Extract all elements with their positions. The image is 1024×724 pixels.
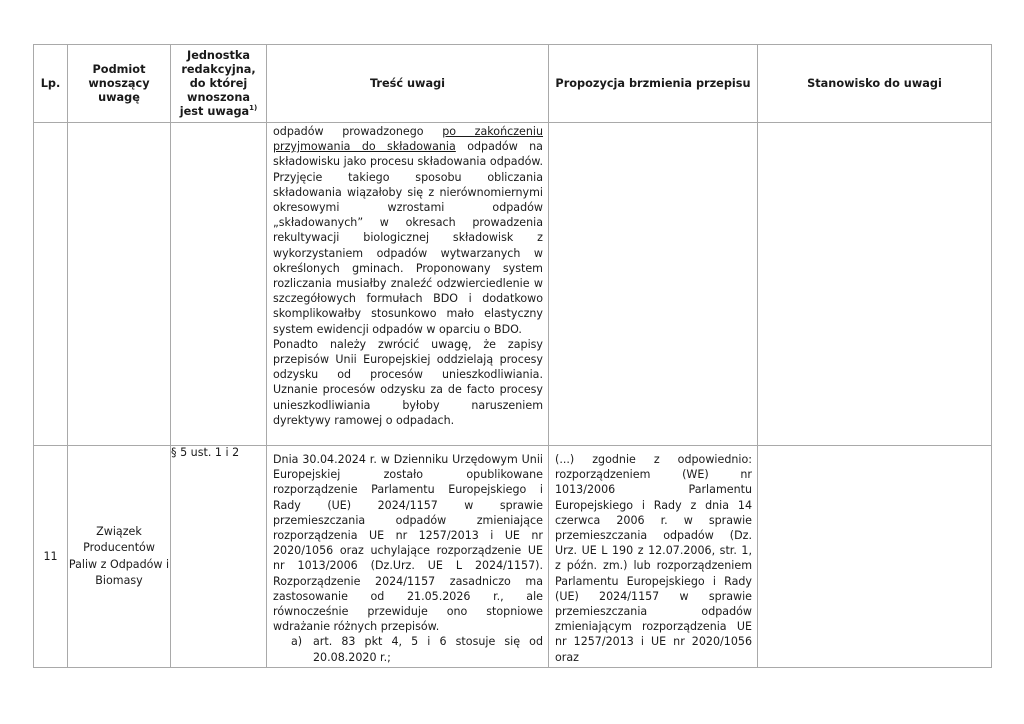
cell-jednostka: § 5 ust. 1 i 2 <box>171 446 267 668</box>
header-lp: Lp. <box>34 45 68 123</box>
comments-table: Lp. Podmiot wnoszący uwagę Jednostka red… <box>33 44 992 668</box>
comment-paragraph: Dnia 30.04.2024 r. w Dzienniku Urzędowym… <box>273 452 543 634</box>
cell-podmiot <box>68 123 171 446</box>
footnote-marker: 1) <box>249 104 257 112</box>
proposal-paragraph: (...) zgodnie z odpowiednio: rozporządze… <box>555 452 752 665</box>
header-podmiot: Podmiot wnoszący uwagę <box>68 45 171 123</box>
cell-propozycja: (...) zgodnie z odpowiednio: rozporządze… <box>549 446 758 668</box>
comment-paragraph: odpadów prowadzonego po zakończeniu przy… <box>273 124 543 337</box>
list-item: a) art. 83 pkt 4, 5 i 6 stosuje się od 2… <box>273 634 543 664</box>
cell-lp <box>34 123 68 446</box>
table-row: odpadów prowadzonego po zakończeniu przy… <box>34 123 992 446</box>
header-jednostka: Jednostka redakcyjna, do której wnoszona… <box>171 45 267 123</box>
list-marker: a) <box>291 634 313 664</box>
table-header-row: Lp. Podmiot wnoszący uwagę Jednostka red… <box>34 45 992 123</box>
comment-paragraph: Ponadto należy zwrócić uwagę, że zapisy … <box>273 337 543 428</box>
cell-propozycja <box>549 123 758 446</box>
cell-lp: 11 <box>34 446 68 668</box>
cell-podmiot: Związek Producentów Paliw z Odpadów i Bi… <box>68 446 171 668</box>
cell-stanowisko <box>758 123 992 446</box>
header-propozycja: Propozycja brzmienia przepisu <box>549 45 758 123</box>
header-stanowisko: Stanowisko do uwagi <box>758 45 992 123</box>
cell-stanowisko <box>758 446 992 668</box>
table-row: 11 Związek Producentów Paliw z Odpadów i… <box>34 446 992 668</box>
list-item-text: art. 83 pkt 4, 5 i 6 stosuje się od 20.0… <box>313 634 543 664</box>
cell-tresc: odpadów prowadzonego po zakończeniu przy… <box>267 123 549 446</box>
cell-jednostka <box>171 123 267 446</box>
header-tresc: Treść uwagi <box>267 45 549 123</box>
cell-tresc: Dnia 30.04.2024 r. w Dzienniku Urzędowym… <box>267 446 549 668</box>
